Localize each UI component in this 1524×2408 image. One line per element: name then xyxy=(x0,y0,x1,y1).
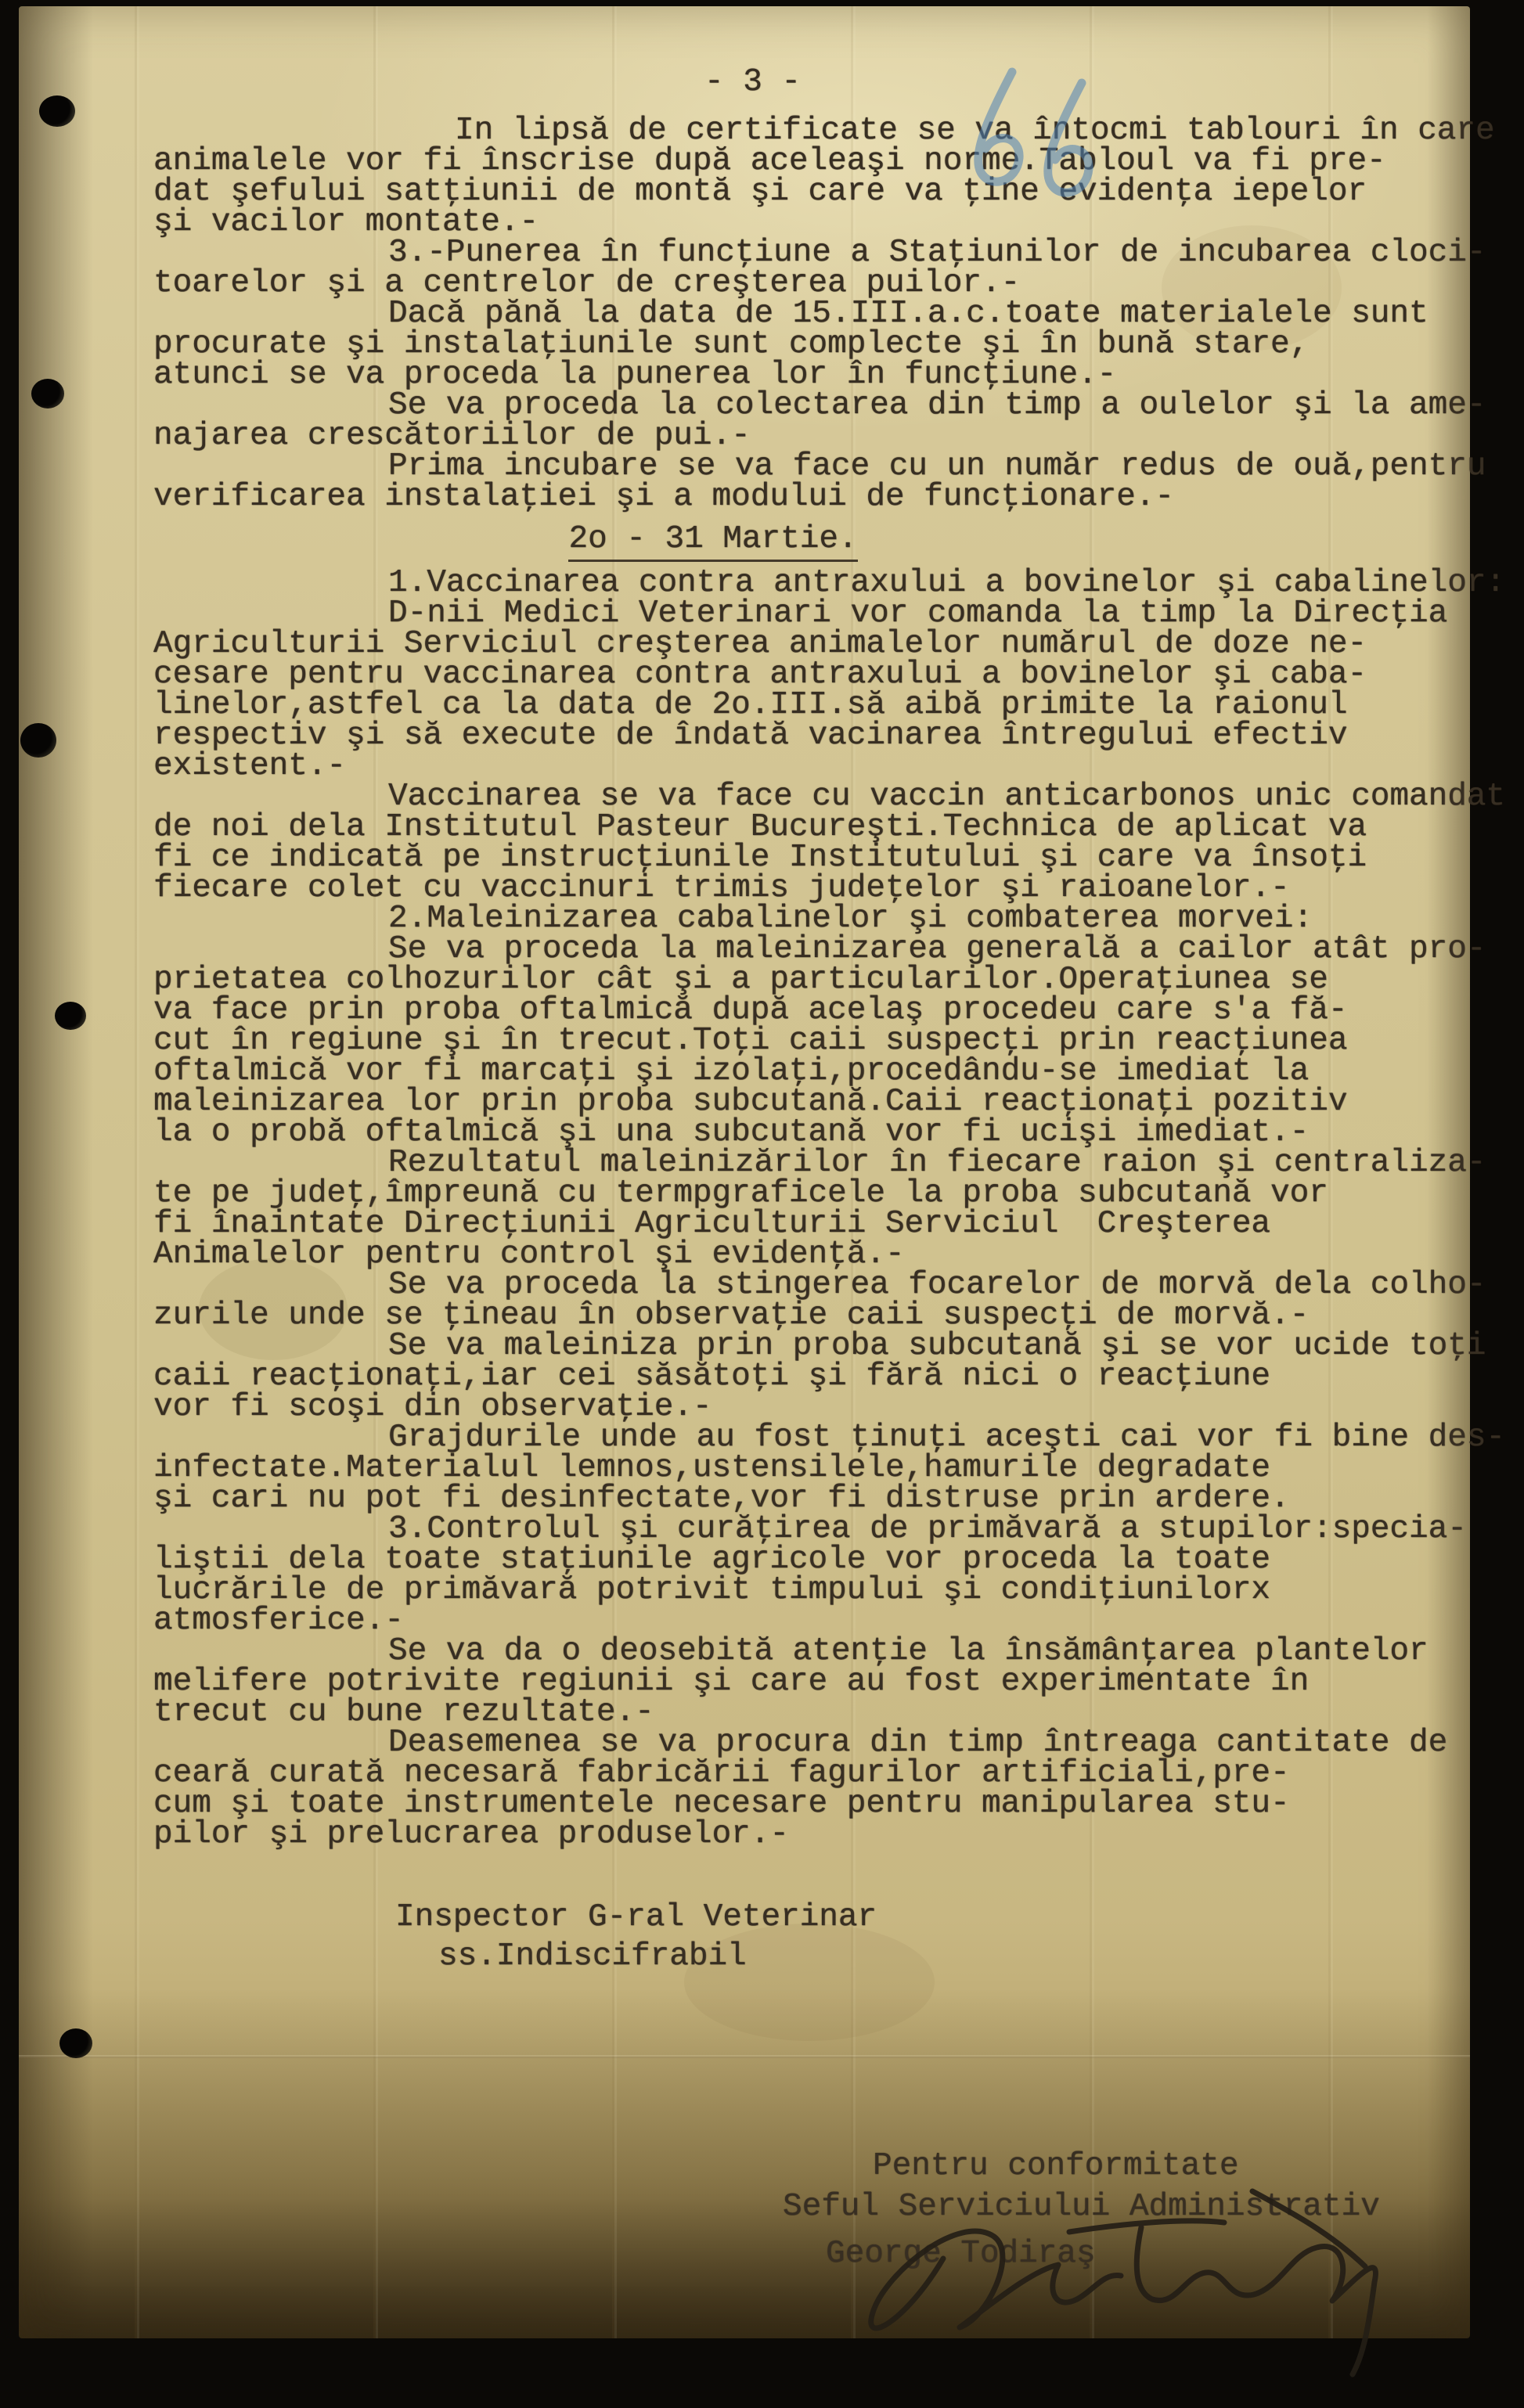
text-line: la o probă oftalmică şi una subcutană vo… xyxy=(153,1118,1414,1148)
typewritten-body: In lipsă de certificate se va întocmi ta… xyxy=(153,116,1414,1850)
signature-block-right: Pentru conformitate Seful Serviciului Ad… xyxy=(783,2146,1380,2274)
text-line: va face prin proba oftalmică după acelaş… xyxy=(153,995,1414,1026)
text-line: pilor şi prelucrarea produselor.- xyxy=(153,1819,1414,1850)
text-line: cesare pentru vaccinarea contra antraxul… xyxy=(153,660,1414,690)
text-line: lucrările de primăvară potrivit timpului… xyxy=(153,1575,1414,1606)
page-number: - 3 - xyxy=(704,66,801,99)
text-line: Grajdurile unde au fost ţinuţi aceşti ca… xyxy=(153,1423,1414,1453)
service-chief-label: Seful Serviciului Administrativ xyxy=(783,2187,1380,2227)
text-line: 1.Vaccinarea contra antraxului a bovinel… xyxy=(153,568,1414,599)
text-line: Agriculturii Serviciul creşterea animale… xyxy=(153,629,1414,660)
signature-block-left: Inspector G-ral Veterinar ss.Indiscifrab… xyxy=(395,1898,877,1976)
text-line: D-nii Medici Veterinari vor comanda la t… xyxy=(153,599,1414,629)
text-line: procurate şi instalaţiunile sunt complec… xyxy=(153,329,1414,360)
text-line: Se va proceda la maleinizarea generală a… xyxy=(153,934,1414,965)
text-line: respectiv şi să execute de îndată vacina… xyxy=(153,721,1414,751)
punch-hole xyxy=(55,1002,86,1030)
text-line: verificarea instalaţiei şi a modului de … xyxy=(153,482,1414,513)
text-line: liştii dela toate staţiunile agricole vo… xyxy=(153,1545,1414,1575)
text-line: Dacă pănă la data de 15.III.a.c.toate ma… xyxy=(153,299,1414,329)
text-line: de noi dela Institutul Pasteur Bucureşti… xyxy=(153,812,1414,843)
text-line: zurile unde se ţineau în observaţie caii… xyxy=(153,1301,1414,1331)
text-line: te pe judeţ,împreună cu termpgraficele l… xyxy=(153,1179,1414,1209)
text-line: 2.Maleinizarea cabalinelor şi combaterea… xyxy=(153,904,1414,934)
text-line: şi vacilor montate.- xyxy=(153,207,1414,238)
fold-crease xyxy=(19,2055,1470,2058)
text-line: vor fi scoşi din observaţie.- xyxy=(153,1392,1414,1423)
document-scan: - 3 - In lipsă de certificate se va înto… xyxy=(0,0,1524,2408)
text-line: najarea crescătoriilor de pui.- xyxy=(153,421,1414,452)
text-line: maleinizarea lor prin proba subcutană.Ca… xyxy=(153,1087,1414,1118)
text-line: şi cari nu pot fi desinfectate,vor fi di… xyxy=(153,1484,1414,1514)
text-line: Se va maleiniza prin proba subcutană şi … xyxy=(153,1331,1414,1362)
text-line: Rezultatul maleinizărilor în fiecare rai… xyxy=(153,1148,1414,1179)
conformity-label: Pentru conformitate xyxy=(783,2146,1380,2187)
text-line: In lipsă de certificate se va întocmi ta… xyxy=(153,116,1414,146)
punch-hole xyxy=(31,379,64,409)
section-heading: 2o - 31 Martie. xyxy=(83,524,1343,555)
punch-hole xyxy=(59,2028,92,2058)
text-line: Prima incubare se va face cu un număr re… xyxy=(153,452,1414,482)
text-line: 3.-Punerea în funcţiune a Staţiunilor de… xyxy=(153,238,1414,268)
text-line: prietatea colhozurilor cât şi a particul… xyxy=(153,965,1414,995)
text-line: linelor,astfel ca la data de 2o.III.să a… xyxy=(153,690,1414,721)
punch-hole xyxy=(39,95,75,127)
text-line: ceară curată necesară fabricării faguril… xyxy=(153,1758,1414,1789)
text-line: melifere potrivite regiunii şi care au f… xyxy=(153,1667,1414,1697)
punch-hole xyxy=(20,723,56,758)
text-line: Se va proceda la stingerea focarelor de … xyxy=(153,1270,1414,1301)
text-line: Se va da o deosebită atenţie la însămânţ… xyxy=(153,1636,1414,1667)
text-line: cum şi toate instrumentele necesare pent… xyxy=(153,1789,1414,1819)
signer-name: George Todiraş xyxy=(783,2233,1380,2274)
text-line: existent.- xyxy=(153,751,1414,782)
text-line: Vaccinarea se va face cu vaccin anticarb… xyxy=(153,782,1414,812)
signature-title: Inspector G-ral Veterinar xyxy=(395,1898,877,1937)
text-line: toarelor şi a centrelor de creşterea pui… xyxy=(153,268,1414,299)
text-line: infectate.Materialul lemnos,ustensilele,… xyxy=(153,1453,1414,1484)
text-line: oftalmică vor fi marcaţi şi izolaţi,proc… xyxy=(153,1056,1414,1087)
text-line: Deasemenea se va procura din timp întrea… xyxy=(153,1728,1414,1758)
text-line: cut în regiune şi în trecut.Toţi caii su… xyxy=(153,1026,1414,1056)
text-line: trecut cu bune rezultate.- xyxy=(153,1697,1414,1728)
text-line: Se va proceda la colectarea din timp a o… xyxy=(153,391,1414,421)
text-line: 3.Controlul şi curăţirea de primăvară a … xyxy=(153,1514,1414,1545)
text-line: atunci se va proceda la punerea lor în f… xyxy=(153,360,1414,391)
text-line: dat şefului satţiunii de montă şi care v… xyxy=(153,177,1414,207)
text-line: atmosferice.- xyxy=(153,1606,1414,1636)
text-line: fi ce indicată pe instrucţiunile Institu… xyxy=(153,843,1414,873)
text-line: caii reacţionaţi,iar cei săsătoţi şi făr… xyxy=(153,1362,1414,1392)
text-line: Animalelor pentru control şi evidenţă.- xyxy=(153,1240,1414,1270)
signature-ss: ss.Indiscifrabil xyxy=(395,1937,877,1976)
text-line: fi înaintate Direcţiunii Agriculturii Se… xyxy=(153,1209,1414,1240)
text-line: animalele vor fi înscrise după aceleaşi … xyxy=(153,146,1414,177)
text-line: fiecare colet cu vaccinuri trimis judeţe… xyxy=(153,873,1414,904)
